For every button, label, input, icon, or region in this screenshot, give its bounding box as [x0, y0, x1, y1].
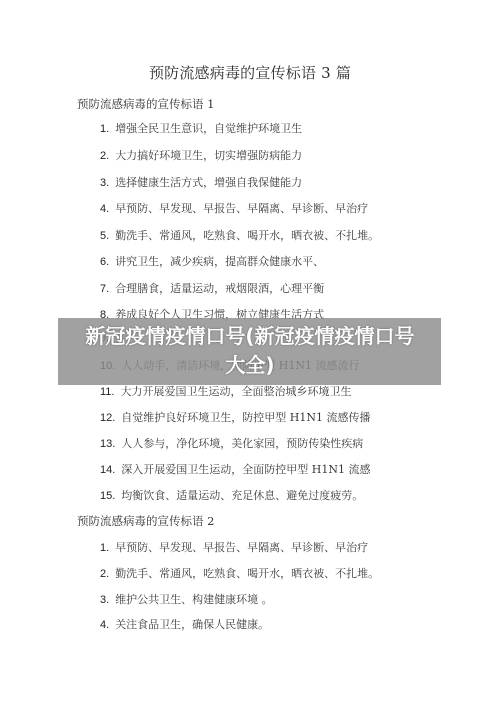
list-item: 11.大力开展爱国卫生运动，全面整治城乡环境卫生	[100, 383, 351, 399]
list-item: 14.深入开展爱国卫生运动，全面防控甲型 H1N1 流感	[100, 461, 371, 477]
list-item: 12.自觉维护良好环境卫生，防控甲型 H1N1 流感传播	[100, 409, 371, 425]
overlay-title-line-1: 新冠疫情疫情口号(新冠疫情疫情口号	[0, 322, 500, 351]
document-title: 预防流感病毒的宣传标语 3 篇	[0, 62, 500, 83]
list-item: 5.勤洗手、常通风，吃熟食、喝开水，晒衣被、不扎堆。	[100, 227, 379, 243]
overlay-title-line-2: 大全)	[0, 351, 500, 380]
list-item: 6.讲究卫生，减少疾病，提高群众健康水平、	[100, 253, 324, 269]
list-item: 2.勤洗手、常通风，吃熟食、喝开水，晒衣被、不扎堆。	[100, 565, 379, 581]
list-item: 13.人人参与，净化环境，美化家园，预防传染性疾病	[100, 435, 363, 451]
overlay-title: 新冠疫情疫情口号(新冠疫情疫情口号 大全)	[0, 318, 500, 380]
list-item: 3.维护公共卫生、构建健康环境 。	[100, 591, 273, 607]
list-item: 1.增强全民卫生意识，自觉维护环境卫生	[100, 120, 302, 136]
list-item: 15.均衡饮食、适量运动、充足休息、避免过度疲劳。	[100, 487, 363, 503]
list-item: 4.早预防、早发现、早报告、早隔离、早诊断、早治疗	[100, 200, 368, 216]
list-item: 1.早预防、早发现、早报告、早隔离、早诊断、早治疗	[100, 539, 368, 555]
list-item: 4.关注食品卫生，确保人民健康。	[100, 616, 269, 632]
section-heading-1: 预防流感病毒的宣传标语 1	[77, 96, 214, 112]
list-item: 2.大力搞好环境卫生，切实增强防病能力	[100, 147, 302, 163]
section-heading-2: 预防流感病毒的宣传标语 2	[77, 513, 214, 529]
list-item: 7.合理膳食，适量运动，戒烟限酒，心理平衡	[100, 280, 324, 296]
list-item: 3.选择健康生活方式，增强自我保健能力	[100, 174, 302, 190]
